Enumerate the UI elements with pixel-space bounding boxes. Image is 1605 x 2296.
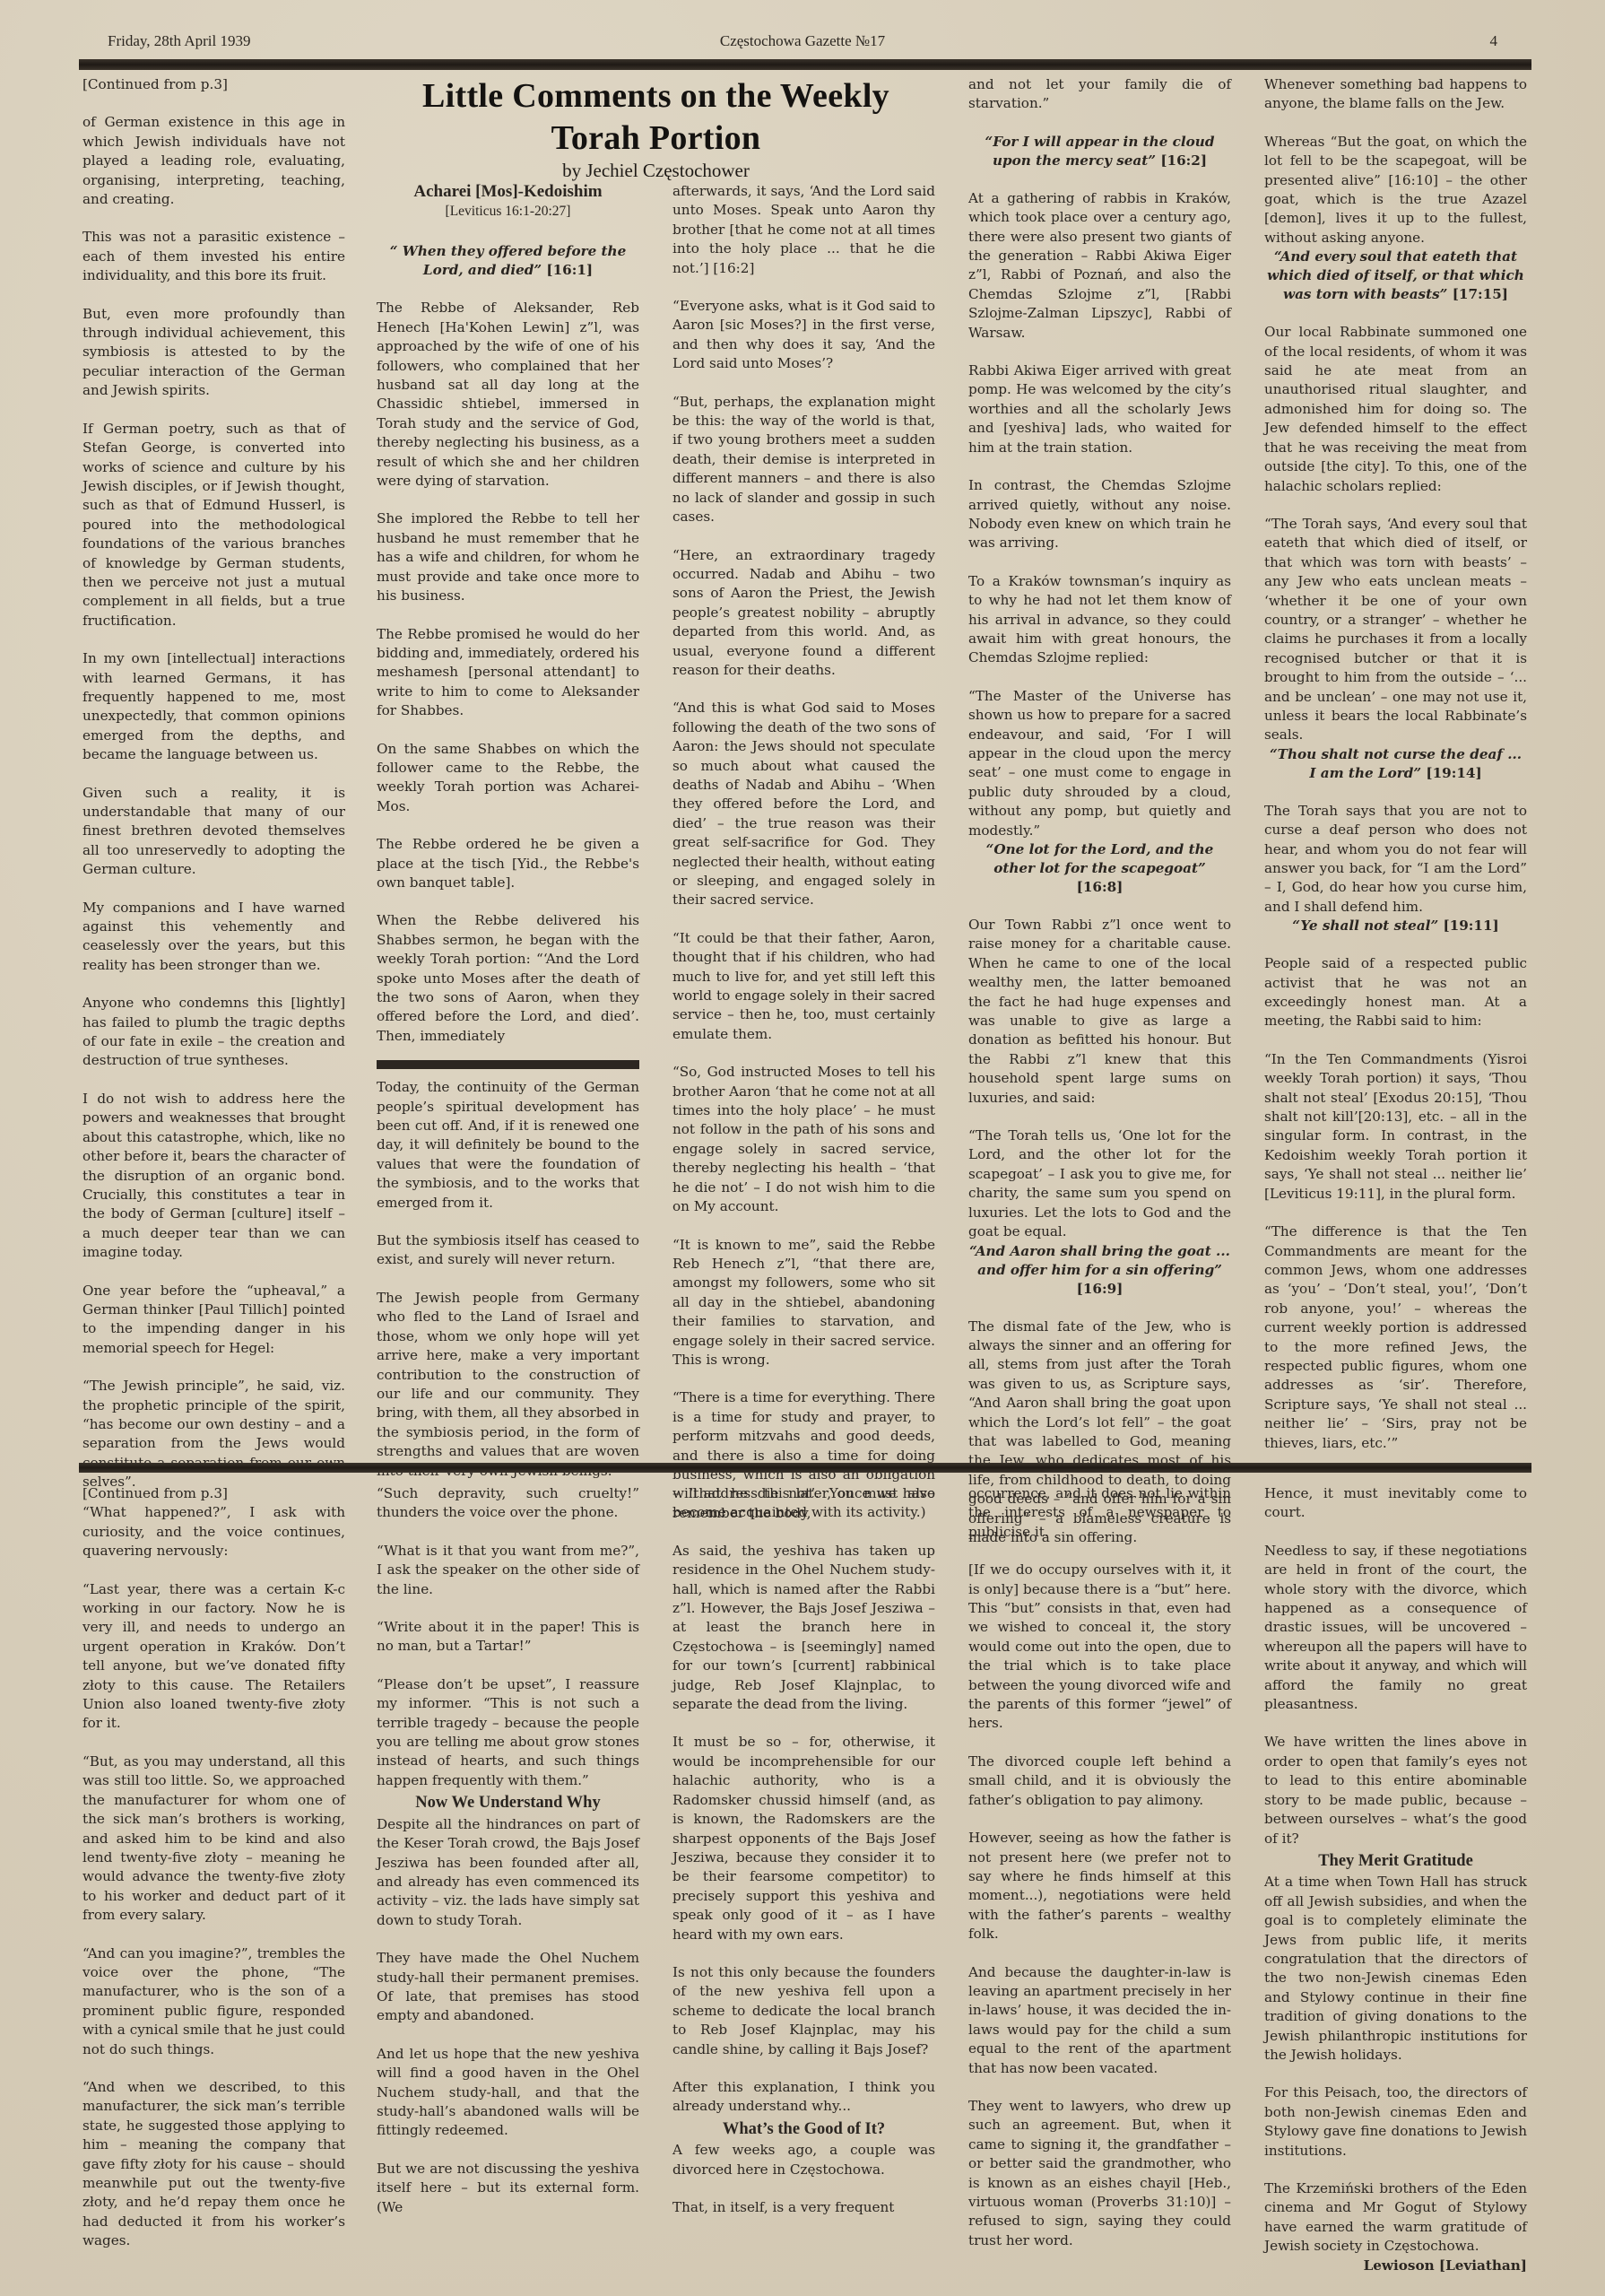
paragraph-group: The Torah says that you are not to curse… (1264, 802, 1527, 917)
paragraph: “The difference is that the Ten Commandm… (1264, 1222, 1527, 1453)
top-rule (79, 59, 1531, 70)
paragraph: And let us hope that the new yeshiva wil… (377, 2045, 639, 2141)
paragraph: It must be so – for, otherwise, it would… (672, 1733, 935, 1944)
paragraph: Whereas “But the goat, on which the lot … (1264, 133, 1527, 248)
paragraph: “The Torah says, ‘And every soul that ea… (1264, 515, 1527, 745)
paragraph-group: The Rebbe of Aleksander, Reb Henech [Ha'… (377, 299, 639, 1046)
paragraph: “And can you imagine?”, trembles the voi… (82, 1944, 345, 2059)
paragraph-group: Today, the continuity of the German peop… (377, 1078, 639, 1481)
column-gratitude: Hence, it must inevitably come to court.… (1264, 1484, 1527, 2275)
paragraph-group: Our local Rabbinate summoned one of the … (1264, 323, 1527, 745)
paragraph: In my own [intellectual] interactions wi… (82, 649, 345, 764)
paragraph: In contrast, the Chemdas Szlojme arrived… (968, 476, 1231, 553)
paragraph: occurrence, and it does not lie within t… (968, 1484, 1231, 1542)
subhead-16-8: “One lot for the Lord, and the other lot… (968, 840, 1231, 897)
paragraph: The Jewish people from Germany who fled … (377, 1289, 639, 1481)
subhead-19-14: “Thou shalt not curse the deaf ... I am … (1264, 745, 1527, 783)
section-title-now-we-understand-why: Now We Understand Why (377, 1794, 639, 1813)
paragraph-group: At a gathering of rabbis in Kraków, whic… (968, 189, 1231, 840)
paragraph: afterwards, it says, ‘And the Lord said … (672, 182, 935, 278)
column-yeshiva-1: “Such depravity, such cruelty!” thunders… (377, 1484, 639, 2217)
paragraph: I do not wish to address here the powers… (82, 1090, 345, 1263)
column-torah-portion-4: Whenever something bad happens to anyone… (1264, 75, 1527, 1453)
paragraph: “But, perhaps, the explanation might be … (672, 393, 935, 527)
paragraph: “Please don’t be upset”, I reassure my i… (377, 1675, 639, 1790)
subhead-16-1: “ When they offered before the Lord, and… (377, 242, 639, 280)
paragraph: When the Rebbe delivered his Shabbes ser… (377, 911, 639, 1046)
column-german-jewish-symbiosis: [Continued from p.3] of German existence… (82, 75, 345, 1492)
paragraph: After this explanation, I think you alre… (672, 2078, 935, 2117)
paragraph: Needless to say, if these negotiations a… (1264, 1542, 1527, 1715)
paragraph: Our Town Rabbi z”l once went to raise mo… (968, 916, 1231, 1108)
paragraph: “So, God instructed Moses to tell his br… (672, 1063, 935, 1216)
paragraph: will address this later, once we have be… (672, 1484, 935, 1523)
subhead-19-11: “Ye shall not steal” [19:11] (1264, 917, 1527, 935)
paragraph: But, even more profoundly than through i… (82, 305, 345, 401)
section-divider (377, 1060, 639, 1069)
paragraph: But we are not discussing the yeshiva it… (377, 2160, 639, 2217)
subhead-16-2: “For I will appear in the cloud upon the… (968, 133, 1231, 170)
paragraph: Rabbi Akiwa Eiger arrived with great pom… (968, 361, 1231, 457)
paragraph: The Rebbe ordered he be given a place at… (377, 835, 639, 892)
lead-text: and not let your family die of starvatio… (968, 75, 1231, 114)
paragraph: Anyone who condemns this [lightly] has f… (82, 994, 345, 1071)
paragraph: Our local Rabbinate summoned one of the … (1264, 323, 1527, 496)
paragraph-group: Despite all the hindrances on part of th… (377, 1815, 639, 2217)
column-torah-portion-2: afterwards, it says, ‘And the Lord said … (672, 182, 935, 1523)
paragraph: Despite all the hindrances on part of th… (377, 1815, 639, 1930)
column-factory-story: [Continued from p.3] “What happened?”, I… (82, 1484, 345, 2251)
paragraph-group: “Such depravity, such cruelty!” thunders… (377, 1484, 639, 1790)
paragraph: “The Torah tells us, ‘One lot for the Lo… (968, 1126, 1231, 1241)
paragraph: One year before the “upheaval,” a German… (82, 1282, 345, 1359)
paragraph: People said of a respected public activi… (1264, 954, 1527, 1031)
paragraph: “Everyone asks, what is it God said to A… (672, 297, 935, 374)
paragraph: This was not a parasitic existence – eac… (82, 228, 345, 285)
page-number: 4 (1490, 32, 1498, 50)
column-yeshiva-2: will address this later, once we have be… (672, 1484, 935, 2217)
paragraph: At a gathering of rabbis in Kraków, whic… (968, 189, 1231, 343)
paragraph-group: Whenever something bad happens to anyone… (1264, 75, 1527, 248)
paragraph-group: “What happened?”, I ask with curiosity, … (82, 1503, 345, 2250)
column-divorce-story: occurrence, and it does not lie within t… (968, 1484, 1231, 2250)
paragraph: “And when we described, to this manufact… (82, 2078, 345, 2251)
paragraph: To a Kraków townsman’s inquiry as to why… (968, 572, 1231, 668)
paragraph: [If we do occupy ourselves with it, it i… (968, 1561, 1231, 1734)
paragraph: They have made the Ohel Nuchem study-hal… (377, 1949, 639, 2026)
paragraph: “Such depravity, such cruelty!” thunders… (377, 1484, 639, 1523)
paragraph: The Krzemiński brothers of the Eden cine… (1264, 2179, 1527, 2257)
paragraph: The divorced couple left behind a small … (968, 1752, 1231, 1810)
section-title-whats-the-good-of-it: What’s the Good of It? (672, 2120, 935, 2139)
paragraph: For this Peisach, too, the directors of … (1264, 2083, 1527, 2161)
paragraph: “Here, an extraordinary tragedy occurred… (672, 546, 935, 681)
paragraph-group: Our Town Rabbi z”l once went to raise mo… (968, 916, 1231, 1242)
paragraph: Today, the continuity of the German peop… (377, 1078, 639, 1213)
paragraph: “What is it that you want from me?”, I a… (377, 1542, 639, 1599)
paragraph: “The Jewish principle”, he said, viz. th… (82, 1377, 345, 1492)
paragraph: That, in itself, is a very frequent (672, 2198, 935, 2217)
paragraph: “It is known to me”, said the Rebbe Reb … (672, 1236, 935, 1370)
paragraph: We have written the lines above in order… (1264, 1733, 1527, 1848)
paragraph: “But, as you may understand, all this wa… (82, 1752, 345, 1926)
paragraph: But the symbiosis itself has ceased to e… (377, 1231, 639, 1270)
paragraph: “It could be that their father, Aaron, t… (672, 929, 935, 1044)
paragraph-group: afterwards, it says, ‘And the Lord said … (672, 182, 935, 1523)
paragraph-group: Hence, it must inevitably come to court.… (1264, 1484, 1527, 1848)
paragraph: As said, the yeshiva has taken up reside… (672, 1542, 935, 1715)
paragraph: “In the Ten Commandments (Yisroi weekly … (1264, 1050, 1527, 1204)
parasha-reference: [Leviticus 16:1-20:27] (377, 202, 639, 221)
continued-note: [Continued from p.3] (82, 75, 345, 94)
paragraph: On the same Shabbes on which the followe… (377, 740, 639, 817)
parasha-name: Acharei [Mos]-Kedoishim (377, 182, 639, 202)
paragraph: The Torah says that you are not to curse… (1264, 802, 1527, 917)
column-torah-portion-3: and not let your family die of starvatio… (968, 75, 1231, 1547)
paragraph: A few weeks ago, a couple was divorced h… (672, 2141, 935, 2179)
subhead-17-15: “And every soul that eateth that which d… (1264, 248, 1527, 304)
paragraph-group: occurrence, and it does not lie within t… (968, 1484, 1231, 2250)
paragraph: of German existence in this age in which… (82, 113, 345, 209)
middle-rule (79, 1463, 1531, 1473)
paragraph: Whenever something bad happens to anyone… (1264, 75, 1527, 114)
paragraph: And because the daughter-in-law is leavi… (968, 1963, 1231, 2078)
paragraph-group: will address this later, once we have be… (672, 1484, 935, 2117)
section-title-they-merit-gratitude: They Merit Gratitude (1264, 1852, 1527, 1871)
column-torah-portion-1: Acharei [Mos]-Kedoishim [Leviticus 16:1-… (377, 182, 639, 1481)
continued-note: [Continued from p.3] (82, 1484, 345, 1503)
paragraph-group: People said of a respected public activi… (1264, 954, 1527, 1453)
paragraph: My companions and I have warned against … (82, 899, 345, 976)
subhead-16-9: “And Aaron shall bring the goat ... and … (968, 1242, 1231, 1299)
masthead: Friday, 28th April 1939 Częstochowa Gaze… (108, 32, 1497, 52)
paragraph: Is not this only because the founders of… (672, 1963, 935, 2059)
paragraph: She implored the Rebbe to tell her husba… (377, 509, 639, 605)
publication-name: Częstochowa Gazette №17 (108, 32, 1497, 50)
paragraph: “Last year, there was a certain K-c work… (82, 1580, 345, 1734)
paragraph: Given such a reality, it is understandab… (82, 784, 345, 880)
article-byline: by Jechiel Częstochower (377, 160, 935, 182)
paragraph: If German poetry, such as that of Stefan… (82, 420, 345, 631)
paragraph-group: A few weeks ago, a couple was divorced h… (672, 2141, 935, 2217)
paragraph-group: of German existence in this age in which… (82, 113, 345, 1492)
author-signature: Lewioson [Leviathan] (1264, 2257, 1527, 2275)
paragraph: They went to lawyers, who drew up such a… (968, 2097, 1231, 2250)
paragraph: “The Master of the Universe has shown us… (968, 687, 1231, 840)
paragraph: “And this is what God said to Moses foll… (672, 699, 935, 909)
paragraph: The Rebbe of Aleksander, Reb Henech [Ha'… (377, 299, 639, 491)
paragraph: At a time when Town Hall has struck off … (1264, 1873, 1527, 2065)
article-title: Little Comments on the Weekly Torah Port… (377, 75, 935, 160)
paragraph-group: At a time when Town Hall has struck off … (1264, 1873, 1527, 2256)
paragraph: The Rebbe promised he would do her biddi… (377, 625, 639, 721)
paragraph: However, seeing as how the father is not… (968, 1829, 1231, 1944)
paragraph: “Write about it in the paper! This is no… (377, 1618, 639, 1657)
paragraph: Hence, it must inevitably come to court. (1264, 1484, 1527, 1523)
paragraph: “What happened?”, I ask with curiosity, … (82, 1503, 345, 1561)
